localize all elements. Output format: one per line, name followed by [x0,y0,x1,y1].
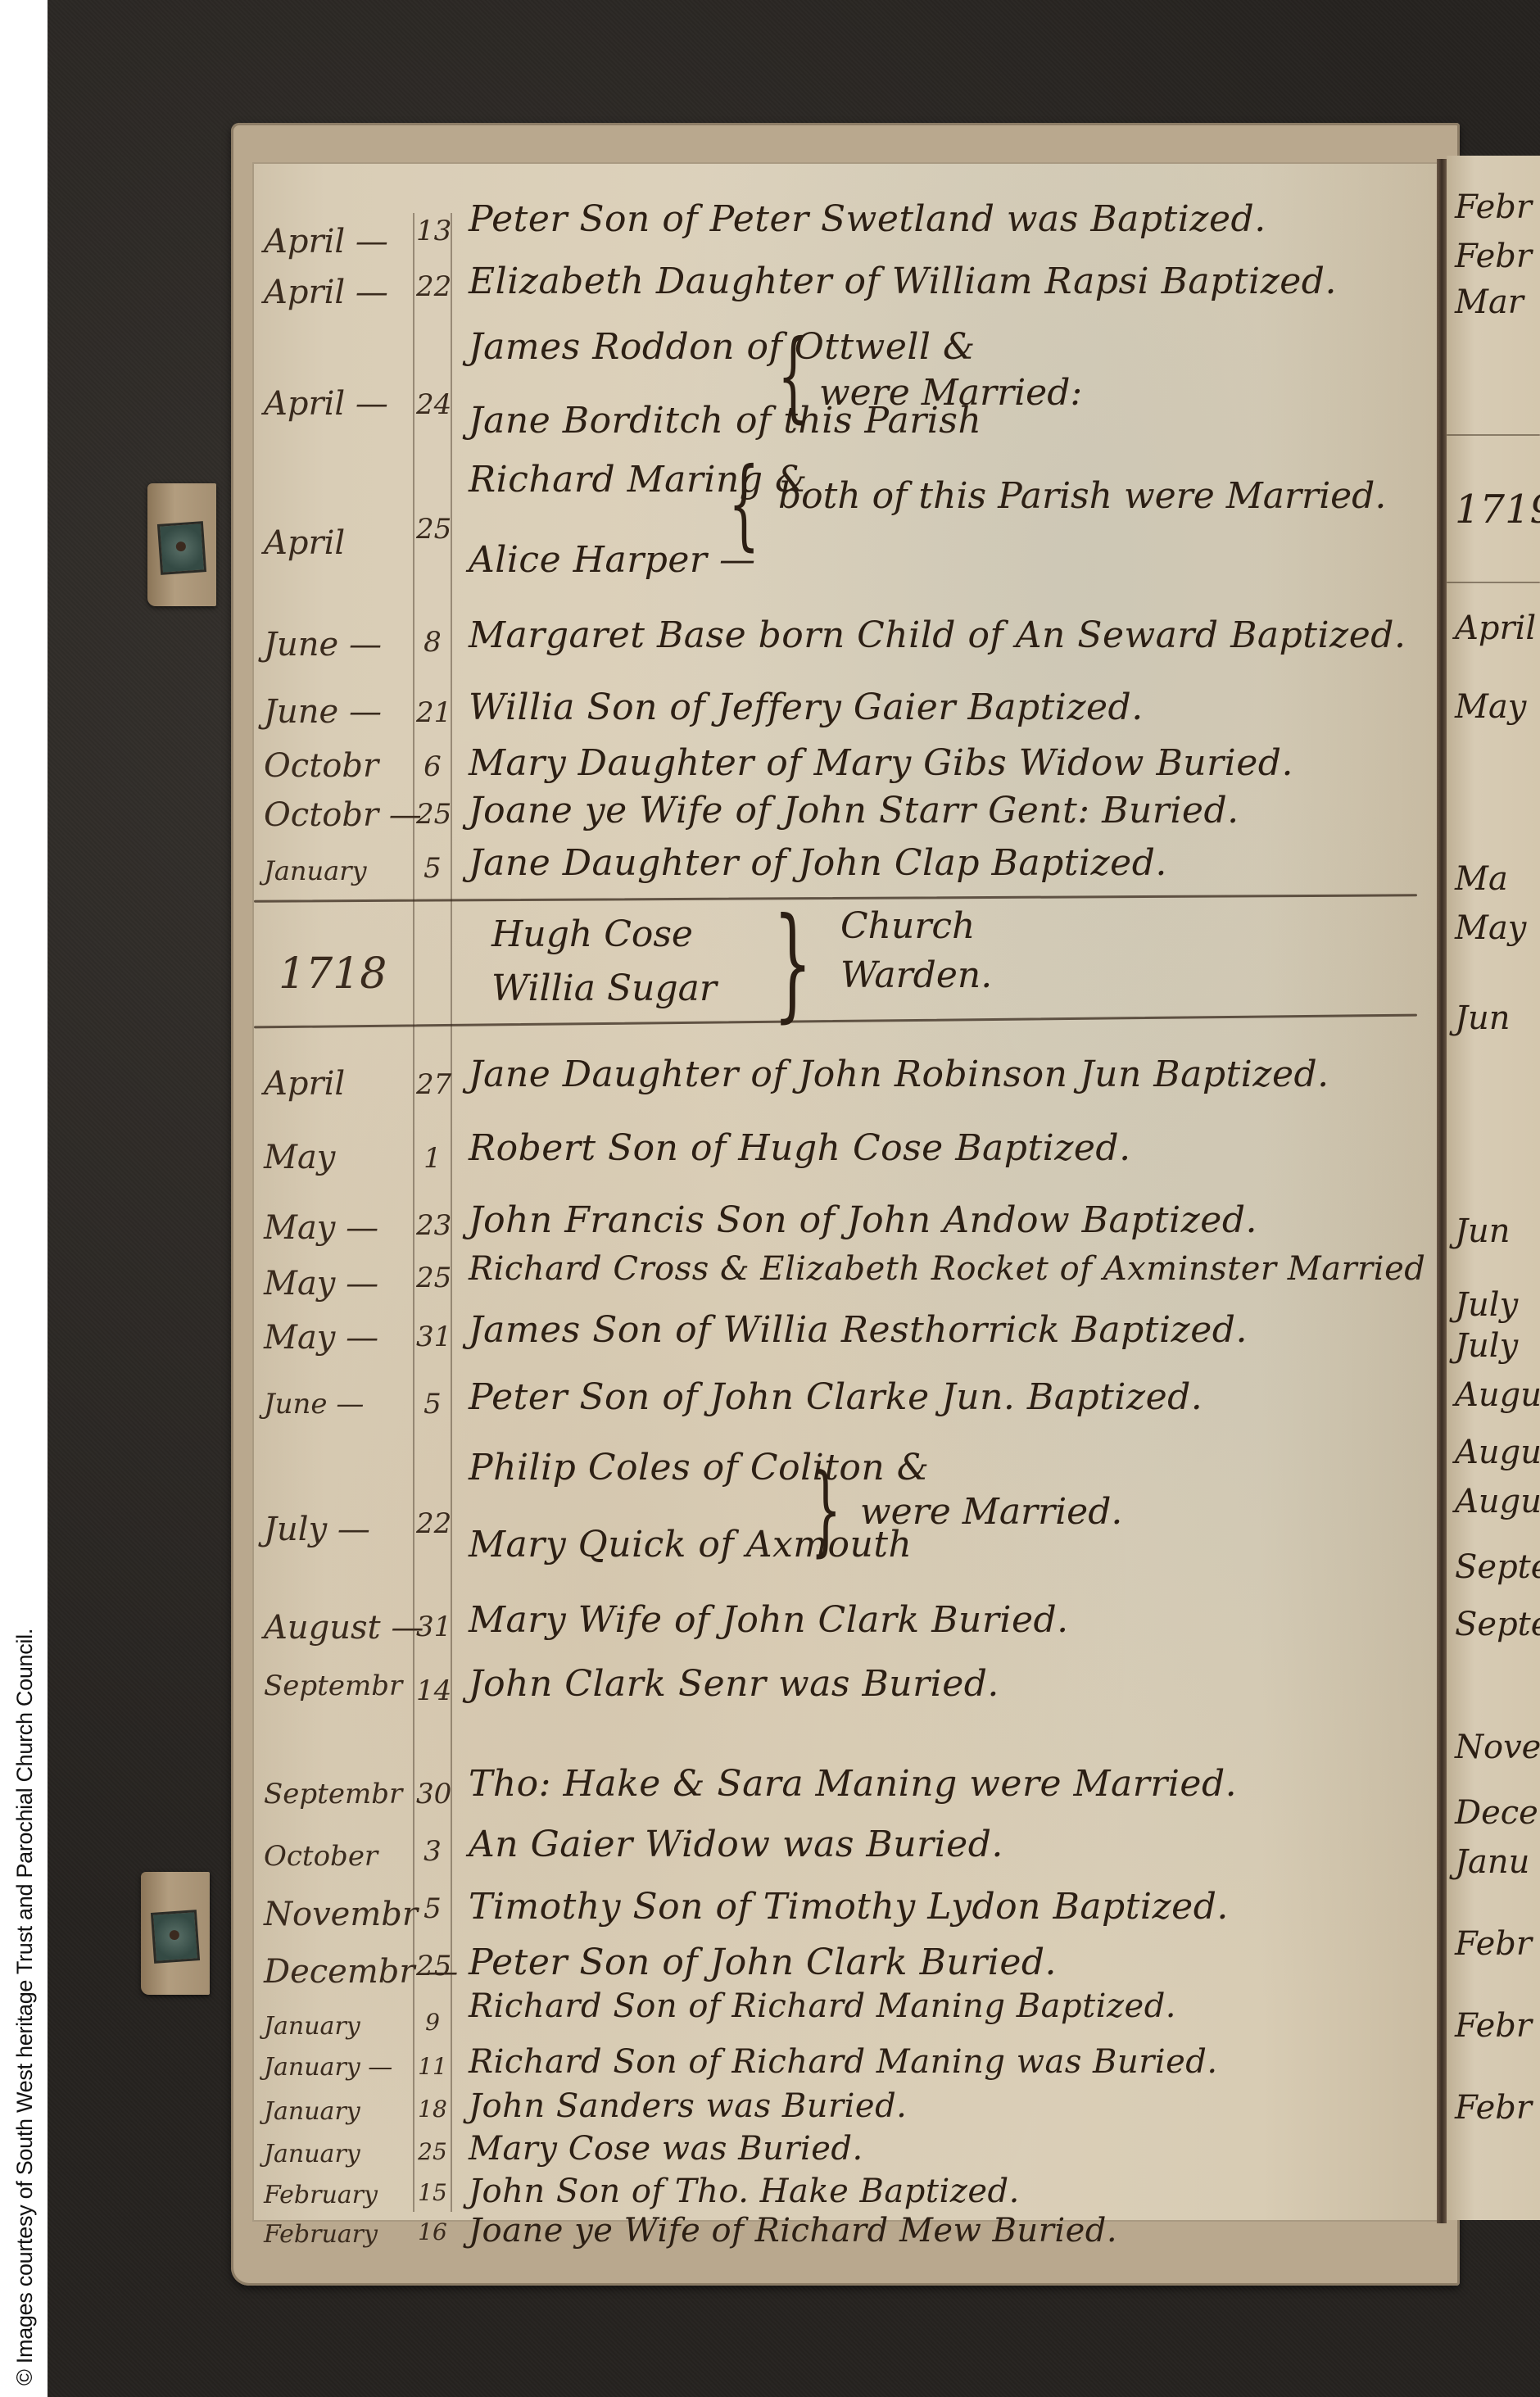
entry-text: Jane Daughter of John Clap Baptized. [469,842,1435,884]
warden-role: Church [840,905,975,947]
entry-month: Novembr [264,1896,403,1933]
right-page-month: Mar [1455,283,1524,321]
right-page-partial: Febr Febr Mar 1719 April May Ma May Jun … [1447,156,1540,2220]
entry-text: John Clark Senr was Buried. [469,1663,1435,1705]
entry-day: 22 [416,1507,449,1540]
entry-month: April — [264,385,403,423]
entry-day: 5 [416,1388,449,1421]
entry-month: April — [264,223,403,261]
right-page-month: Febr [1455,188,1532,226]
entry-text: Joane ye Wife of Richard Mew Buried. [469,2212,1435,2250]
entry-month: Septembr [264,1778,403,1810]
right-page-month: Febr [1455,1925,1532,1963]
entry-month: July — [264,1511,403,1548]
entry-day: 13 [416,215,449,247]
entry-month: May — [264,1319,403,1357]
right-page-month: Janu [1455,1843,1529,1881]
right-page-year: 1719 [1455,487,1540,532]
brace: { [777,328,808,426]
right-page-month: May [1455,688,1526,726]
entry-month: January — [264,2053,403,2082]
parish-register-book: April — 13 Peter Son of Peter Swetland w… [231,123,1540,2291]
entry-text: James Son of Willia Resthorrick Baptized… [469,1309,1435,1351]
right-page-month: Jun [1455,999,1511,1037]
entry-month: August — [264,1609,403,1647]
entry-text: Jane Daughter of John Robinson Jun Bapti… [469,1054,1435,1095]
right-page-month: Dece [1455,1794,1538,1832]
right-page-month: Febr [1455,2089,1532,2127]
entry-month: Octobr [264,747,403,785]
entry-month: January [264,2012,403,2041]
entry-side-note: both of this Parish were Married. [778,475,1386,517]
entry-text: Mary Cose was Buried. [469,2130,1435,2168]
lower-clasp [141,1872,210,1995]
entry-day: 1 [416,1142,449,1175]
entry-day: 25 [416,2138,449,2165]
entry-text: John Sanders was Buried. [469,2087,1435,2125]
right-page-month: Augu [1455,1434,1540,1471]
brace: } [810,1461,841,1560]
entry-day: 14 [416,1674,449,1707]
entry-text: Willia Son of Jeffery Gaier Baptized. [469,686,1435,728]
upper-clasp [147,483,216,606]
entry-text: James Roddon of Ottwell & [469,326,1435,368]
entry-month: June — [264,626,403,664]
entry-month: February [264,2220,403,2249]
entry-day: 24 [416,388,449,421]
entry-day: 25 [416,798,449,831]
entry-month: February [264,2181,403,2209]
entry-text: Tho: Hake & Sara Maning were Married. [469,1763,1435,1805]
copyright-credit: © Images courtesy of South West heritage… [12,1629,38,2386]
entry-month: October [264,1840,403,1873]
entry-month: January [264,855,403,886]
entry-day: 9 [416,2009,449,2036]
entry-month: April [264,1065,403,1103]
entry-month: May [264,1139,403,1176]
entry-day: 25 [416,1950,449,1982]
entry-day: 11 [416,2053,449,2080]
entry-day: 27 [416,1068,449,1101]
entry-text: Mary Wife of John Clark Buried. [469,1599,1435,1641]
entry-month: June — [264,1388,403,1421]
entry-month: April — [264,274,403,311]
right-page-month: Nove [1455,1729,1540,1766]
left-page: April — 13 Peter Son of Peter Swetland w… [252,162,1439,2222]
entry-day: 5 [416,852,449,885]
entry-day: 8 [416,626,449,659]
entry-text: An Gaier Widow was Buried. [469,1824,1435,1865]
entry-text: Mary Daughter of Mary Gibs Widow Buried. [469,742,1435,784]
entry-month: May — [264,1209,403,1247]
right-page-rule [1447,582,1540,583]
entry-day: 23 [416,1209,449,1242]
entry-day: 21 [416,696,449,729]
entry-text: Timothy Son of Timothy Lydon Baptized. [469,1886,1435,1928]
entry-day: 22 [416,270,449,303]
right-page-month: Septem [1455,1548,1540,1586]
year-heading: 1718 [279,949,387,999]
right-page-month: Septem [1455,1606,1540,1643]
entry-month: Octobr — [264,796,403,834]
entry-text: Joane ye Wife of John Starr Gent: Buried… [469,790,1435,831]
entry-day: 31 [416,1321,449,1353]
entry-month: January [264,2140,403,2168]
entry-text: Peter Son of John Clark Buried. [469,1942,1435,1983]
right-page-month: Ma [1455,860,1508,898]
entry-day: 5 [416,1892,449,1925]
warden-name: Willia Sugar [491,967,717,1009]
entry-text: Peter Son of John Clarke Jun. Baptized. [469,1376,1435,1418]
entry-text: John Son of Tho. Hake Baptized. [469,2173,1435,2210]
entry-text: Margaret Base born Child of An Seward Ba… [469,614,1435,656]
entry-day: 25 [416,1262,449,1294]
right-page-month: Augus [1455,1376,1540,1414]
entry-text: Philip Coles of Coliton & [469,1447,1435,1488]
right-page-month: July [1455,1327,1518,1365]
entry-day: 18 [416,2096,449,2123]
entry-text: John Francis Son of John Andow Baptized. [469,1199,1435,1241]
right-page-month: July [1455,1286,1518,1324]
entry-text: Richard Son of Richard Maning was Buried… [469,2043,1435,2081]
entry-month: June — [264,693,403,731]
entry-day: 25 [416,513,449,546]
entry-side-note: were Married: [819,372,1082,414]
entry-day: 31 [416,1611,449,1643]
entry-text: Richard Cross & Elizabeth Rocket of Axmi… [469,1250,1435,1288]
entry-text: Elizabeth Daughter of William Rapsi Bapt… [469,261,1435,302]
right-page-rule [1447,434,1540,436]
right-page-month: Febr [1455,2007,1532,2045]
entry-text-second-line: Alice Harper — [469,539,1435,581]
entry-side-note: were Married. [860,1491,1122,1533]
register-entries: April — 13 Peter Son of Peter Swetland w… [254,164,1438,2220]
entry-month: January [264,2097,403,2126]
warden-name: Hugh Cose [491,913,693,955]
entry-month: May — [264,1265,403,1303]
warden-role: Warden. [840,954,992,996]
brace: { [728,455,759,554]
entry-text: Richard Son of Richard Maning Baptized. [469,1987,1435,2025]
entry-day: 3 [416,1835,449,1868]
entry-day: 15 [416,2179,449,2206]
entry-month: Septembr [264,1670,403,1702]
entry-day: 30 [416,1778,449,1810]
entry-month: Decembr — [264,1953,403,1991]
entry-day: 6 [416,750,449,783]
right-page-month: Febr [1455,238,1532,275]
clasp-plate-icon [157,521,206,575]
credit-strip: © Images courtesy of South West heritage… [0,0,48,2397]
entry-text: Robert Son of Hugh Cose Baptized. [469,1127,1435,1169]
entry-text: Peter Son of Peter Swetland was Baptized… [469,198,1435,240]
right-page-month: Jun [1455,1212,1511,1250]
entry-month: April [264,524,403,562]
right-page-month: May [1455,909,1526,947]
right-page-month: Augu [1455,1483,1540,1520]
right-page-month: April [1455,609,1536,647]
book-gutter [1437,159,1447,2223]
clasp-plate-icon [151,1910,200,1964]
entry-day: 16 [416,2218,449,2245]
brace: } [773,902,813,1025]
